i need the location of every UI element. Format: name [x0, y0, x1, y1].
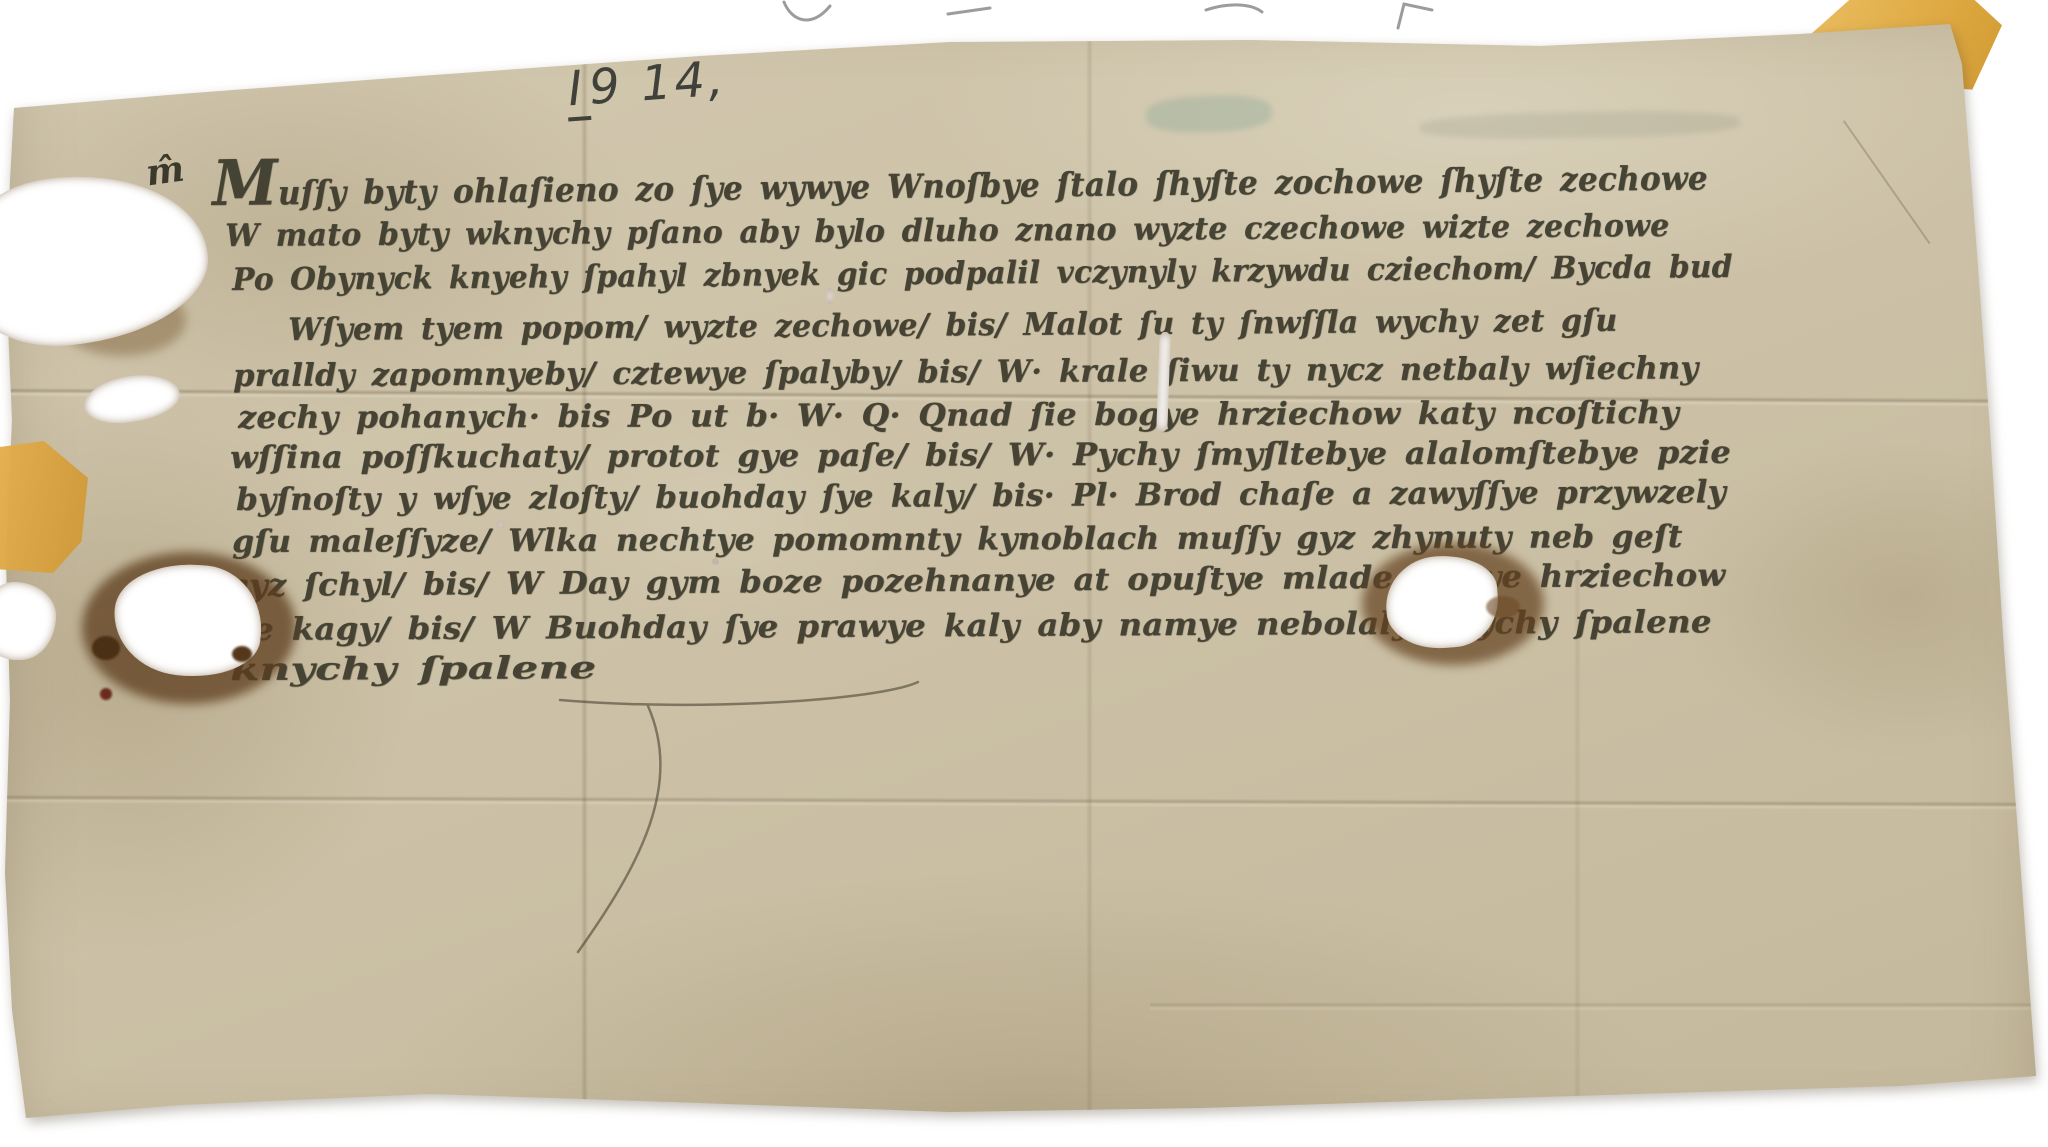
stain-spot	[1486, 596, 1520, 618]
pinhole	[826, 288, 834, 304]
scanned-document: I9 14, m̂ Muſſy byty ohlaſieno zo ſye wy…	[0, 0, 2048, 1147]
pen-flourish	[0, 0, 2048, 1147]
stain-spot	[232, 646, 252, 662]
pinhole	[712, 558, 719, 565]
stain-spot	[100, 688, 112, 700]
stain-spot	[92, 636, 120, 660]
pinhole	[496, 520, 505, 529]
